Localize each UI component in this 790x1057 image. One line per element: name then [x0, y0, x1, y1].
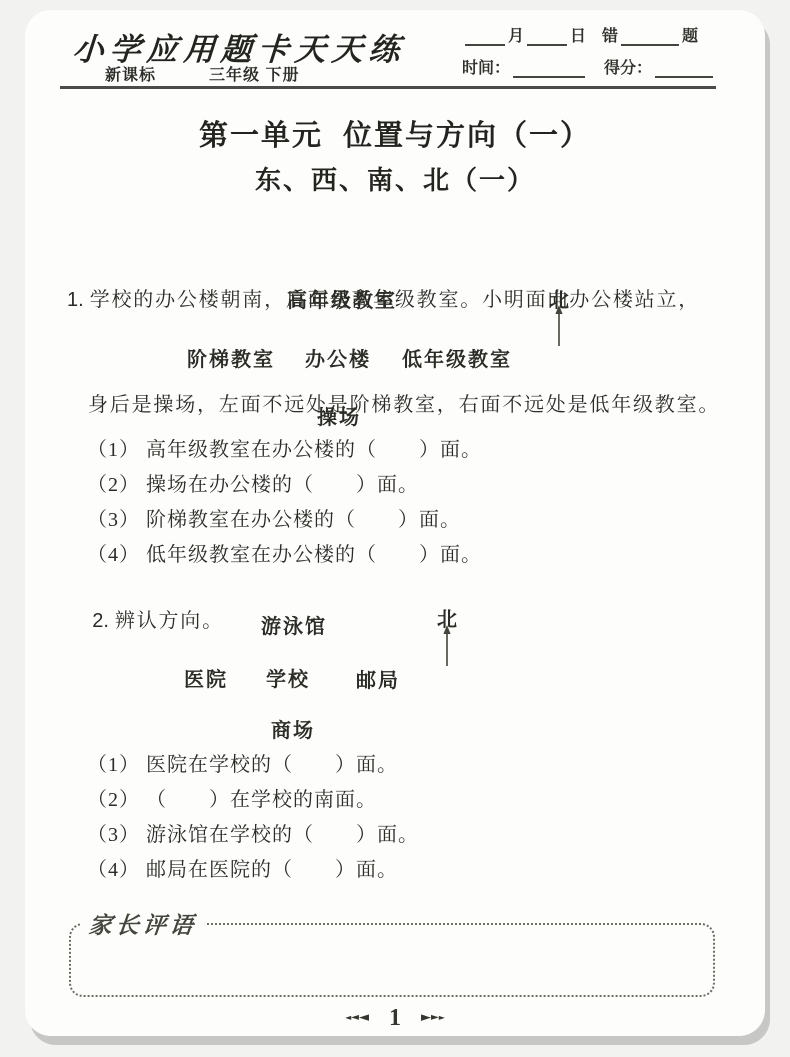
question-2-line-text: 辨认方向。 — [115, 610, 224, 632]
subquestion: （3） 游泳馆在学校的（ ）面。 — [87, 818, 419, 853]
subquestion: （2） 操场在办公楼的（ ）面。 — [87, 468, 482, 503]
question-1-line2: 身后是操场，左面不远处是阶梯教室，右面不远处是低年级教室。 — [67, 388, 720, 423]
subquestion: （4） 低年级教室在办公楼的（ ）面。 — [87, 538, 482, 573]
wrong-count-label: 错 — [602, 23, 618, 46]
diagram1-bottom-label: 操场 — [317, 401, 361, 430]
question-2-text: 2.辨认方向。 — [65, 569, 224, 674]
right-arrow-icon: ► — [431, 1004, 439, 1032]
header-divider — [60, 86, 716, 89]
subquestion: （1） 医院在学校的（ ）面。 — [87, 748, 419, 783]
right-arrow-icon: ► — [421, 1004, 431, 1032]
time-blank-line — [513, 60, 585, 78]
month-label: 月 — [508, 23, 524, 46]
diagram2-center-label: 学校 — [266, 663, 310, 692]
edition-label: 新课标 — [105, 62, 156, 85]
left-arrow-icon: ◄ — [351, 1004, 359, 1032]
diagram1-top-label: 高年级教室 — [287, 284, 397, 313]
subquestion: （2） （ ）在学校的南面。 — [87, 783, 419, 818]
right-arrow-icon: ► — [439, 1004, 445, 1032]
score-blank-line — [655, 60, 713, 78]
score-label: 得分： — [604, 55, 652, 78]
day-label: 日 — [570, 23, 586, 46]
diagram1-right-label: 低年级教室 — [402, 343, 512, 372]
diagram2-left-label: 医院 — [184, 663, 228, 692]
diagram1-left-label: 阶梯教室 — [187, 343, 275, 372]
lesson-title: 东、西、南、北（一） — [25, 160, 765, 197]
grade-label: 三年级 下册 — [209, 62, 299, 85]
diagram1-center-label: 办公楼 — [305, 343, 371, 372]
north-arrow-icon — [441, 625, 453, 667]
subquestion: （4） 邮局在医院的（ ）面。 — [87, 853, 419, 888]
date-line: 月 日 错 题 — [462, 22, 722, 46]
question-1-subquestions: （1） 高年级教室在办公楼的（ ）面。 （2） 操场在办公楼的（ ）面。 （3）… — [87, 433, 482, 573]
question-2-number: 2. — [92, 610, 115, 632]
question-2-subquestions: （1） 医院在学校的（ ）面。 （2） （ ）在学校的南面。 （3） 游泳馆在学… — [87, 748, 419, 888]
subquestion: （3） 阶梯教室在办公楼的（ ）面。 — [87, 503, 482, 538]
subquestion: （1） 高年级教室在办公楼的（ ）面。 — [87, 433, 482, 468]
diagram2-top-label: 游泳馆 — [261, 610, 327, 639]
unit-title: 第一单元 位置与方向（一） — [25, 113, 765, 154]
month-blank-line — [465, 28, 505, 46]
wrong-count-blank-line — [621, 28, 679, 46]
diagram2-right-label: 邮局 — [356, 664, 400, 693]
workbook-page: 小学应用题卡天天练 新课标 三年级 下册 月 日 错 题 时间： 得分： 第一单… — [25, 10, 765, 1036]
time-label: 时间： — [462, 55, 510, 78]
wrong-count-suffix: 题 — [682, 23, 698, 46]
question-1-number: 1. — [67, 289, 90, 311]
page-number: 1 — [389, 1004, 401, 1032]
parent-comment-label: 家长评语 — [79, 907, 206, 940]
score-header: 月 日 错 题 时间： 得分： — [462, 22, 722, 86]
left-arrow-icon: ◄ — [359, 1004, 369, 1032]
page-footer: ◄ ◄ ◄ 1 ► ► ► — [25, 1004, 765, 1032]
diagram2-bottom-label: 商场 — [271, 714, 315, 743]
north-arrow-icon — [553, 305, 565, 347]
time-score-line: 时间： 得分： — [462, 54, 722, 78]
day-blank-line — [527, 28, 567, 46]
